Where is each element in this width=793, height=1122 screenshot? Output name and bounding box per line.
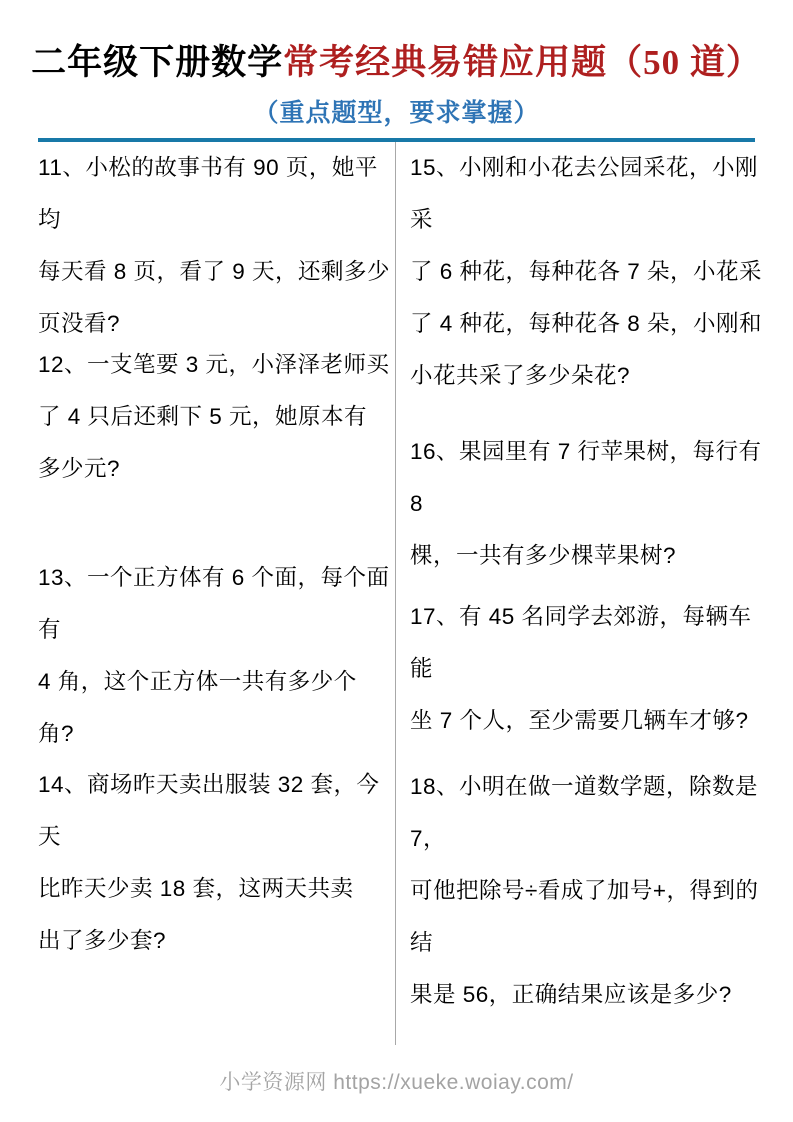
column-divider-line [395,142,396,1045]
page-title: 二年级下册数学常考经典易错应用题（50 道） [0,40,793,86]
footer-site-url: https://xueke.woiay.com/ [333,1071,573,1094]
question-14: 14、商场昨天卖出服装 32 套，今天 比昨天少卖 18 套，这两天共卖 出了多… [38,759,392,967]
page-title-grade-part: 二年级下册数学 [31,43,283,82]
footer: 小学资源网 https://xueke.woiay.com/ [0,1066,793,1096]
question-18: 18、小明在做一道数学题，除数是 7， 可他把除号÷看成了加号+，得到的结 果是… [410,761,770,1021]
worksheet-page: 二年级下册数学常考经典易错应用题（50 道） （重点题型，要求掌握） 11、小松… [0,0,793,1122]
question-17: 17、有 45 名同学去郊游，每辆车能 坐 7 个人，至少需要几辆车才够? [410,591,770,747]
page-subtitle: （重点题型，要求掌握） [0,98,793,131]
page-title-topic-part: 常考经典易错应用题（50 道） [283,43,762,82]
question-16: 16、果园里有 7 行苹果树，每行有 8 棵，一共有多少棵苹果树? [410,426,770,582]
question-13: 13、一个正方体有 6 个面，每个面有 4 角，这个正方体一共有多少个角? [38,552,392,760]
question-15: 15、小刚和小花去公园采花，小刚采 了 6 种花，每种花各 7 朵，小花采 了 … [410,142,770,402]
question-12: 12、一支笔要 3 元，小泽泽老师买 了 4 只后还剩下 5 元，她原本有 多少… [38,339,392,495]
question-11: 11、小松的故事书有 90 页，她平均 每天看 8 页，看了 9 天，还剩多少 … [38,142,392,350]
footer-site-name: 小学资源网 [219,1071,327,1094]
